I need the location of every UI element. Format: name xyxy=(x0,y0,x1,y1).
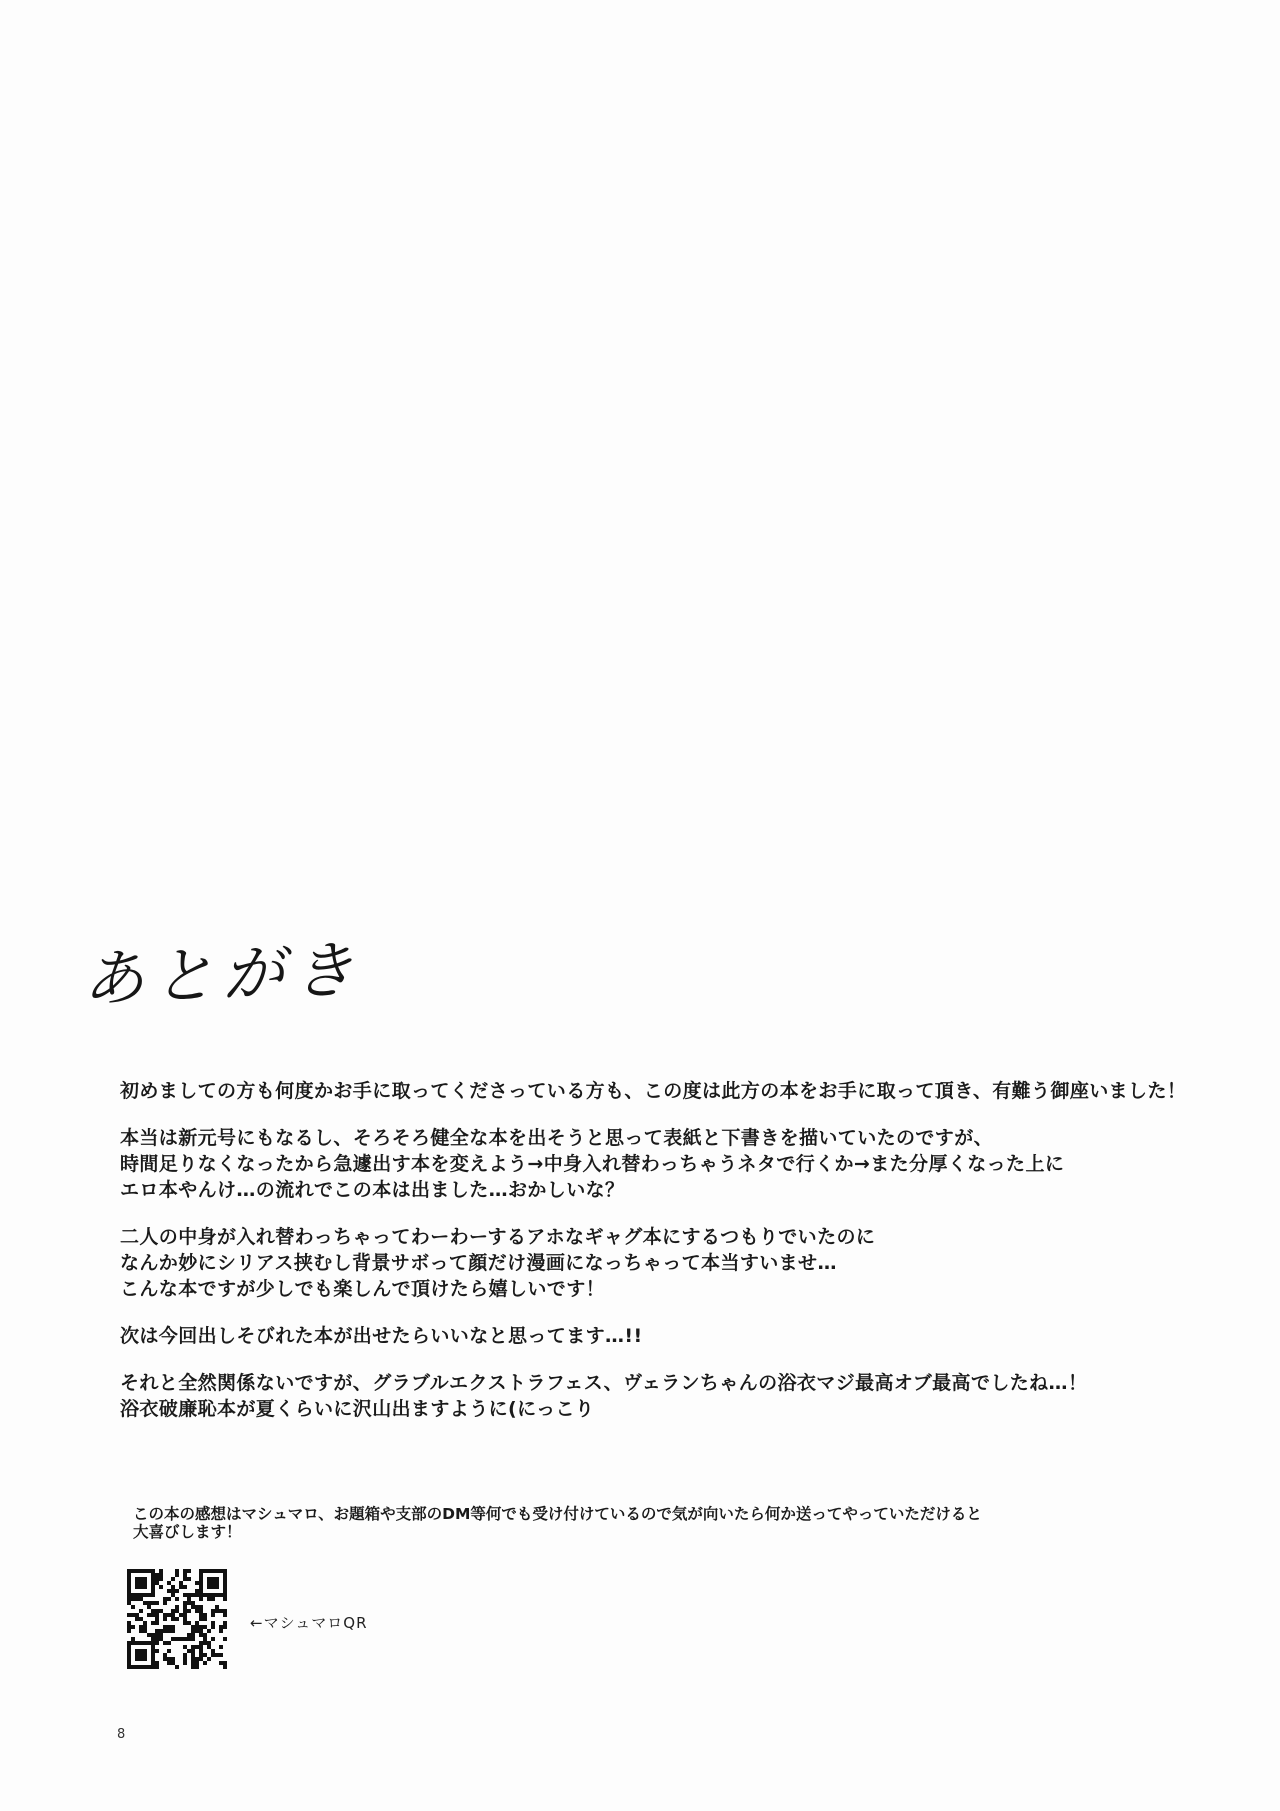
text-line: 次は今回出しそびれた本が出せたらいいなと思ってます…!! xyxy=(120,1323,1230,1349)
text-line: なんか妙にシリアス挟むし背景サボって顔だけ漫画になっちゃって本当すいませ… xyxy=(120,1250,1230,1276)
text-line: 二人の中身が入れ替わっちゃってわーわーするアホなギャグ本にするつもりでいたのに xyxy=(120,1224,1230,1250)
text-line: 本当は新元号にもなるし、そろそろ健全な本を出そうと思って表紙と下書きを描いていた… xyxy=(120,1125,1230,1151)
text-line: それと全然関係ないですが、グラブルエクストラフェス、ヴェランちゃんの浴衣マジ最高… xyxy=(120,1370,1230,1396)
text-line: この本の感想はマシュマロ、お題箱や支部のDM等何でも受け付けているので気が向いた… xyxy=(133,1505,1133,1523)
qr-label: ←マシュマロQR xyxy=(250,1612,368,1633)
paragraph-content: 二人の中身が入れ替わっちゃってわーわーするアホなギャグ本にするつもりでいたのに … xyxy=(120,1224,1230,1302)
text-line: 大喜びします！ xyxy=(133,1523,1133,1541)
paragraph-next: 次は今回出しそびれた本が出せたらいいなと思ってます…!! xyxy=(120,1323,1230,1349)
page-title: あとがき xyxy=(81,920,364,1019)
feedback-note: この本の感想はマシュマロ、お題箱や支部のDM等何でも受け付けているので気が向いた… xyxy=(133,1505,1133,1541)
afterword-body: 初めましての方も何度かお手に取ってくださっている方も、この度は此方の本をお手に取… xyxy=(120,1078,1230,1443)
text-line: 浴衣破廉恥本が夏くらいに沢山出ますように(にっこり xyxy=(120,1396,1230,1422)
paragraph-greeting: 初めましての方も何度かお手に取ってくださっている方も、この度は此方の本をお手に取… xyxy=(120,1078,1230,1104)
text-line: 時間足りなくなったから急遽出す本を変えよう→中身入れ替わっちゃうネタで行くか→ま… xyxy=(120,1151,1230,1177)
page-number: 8 xyxy=(117,1727,125,1742)
text-line: こんな本ですが少しでも楽しんで頂けたら嬉しいです！ xyxy=(120,1276,1230,1302)
text-line: エロ本やんけ…の流れでこの本は出ました…おかしいな？ xyxy=(120,1177,1230,1203)
text-line: 初めましての方も何度かお手に取ってくださっている方も、この度は此方の本をお手に取… xyxy=(120,1078,1230,1104)
paragraph-aside: それと全然関係ないですが、グラブルエクストラフェス、ヴェランちゃんの浴衣マジ最高… xyxy=(120,1370,1230,1422)
qr-code-icon[interactable] xyxy=(127,1569,227,1669)
paragraph-story: 本当は新元号にもなるし、そろそろ健全な本を出そうと思って表紙と下書きを描いていた… xyxy=(120,1125,1230,1203)
